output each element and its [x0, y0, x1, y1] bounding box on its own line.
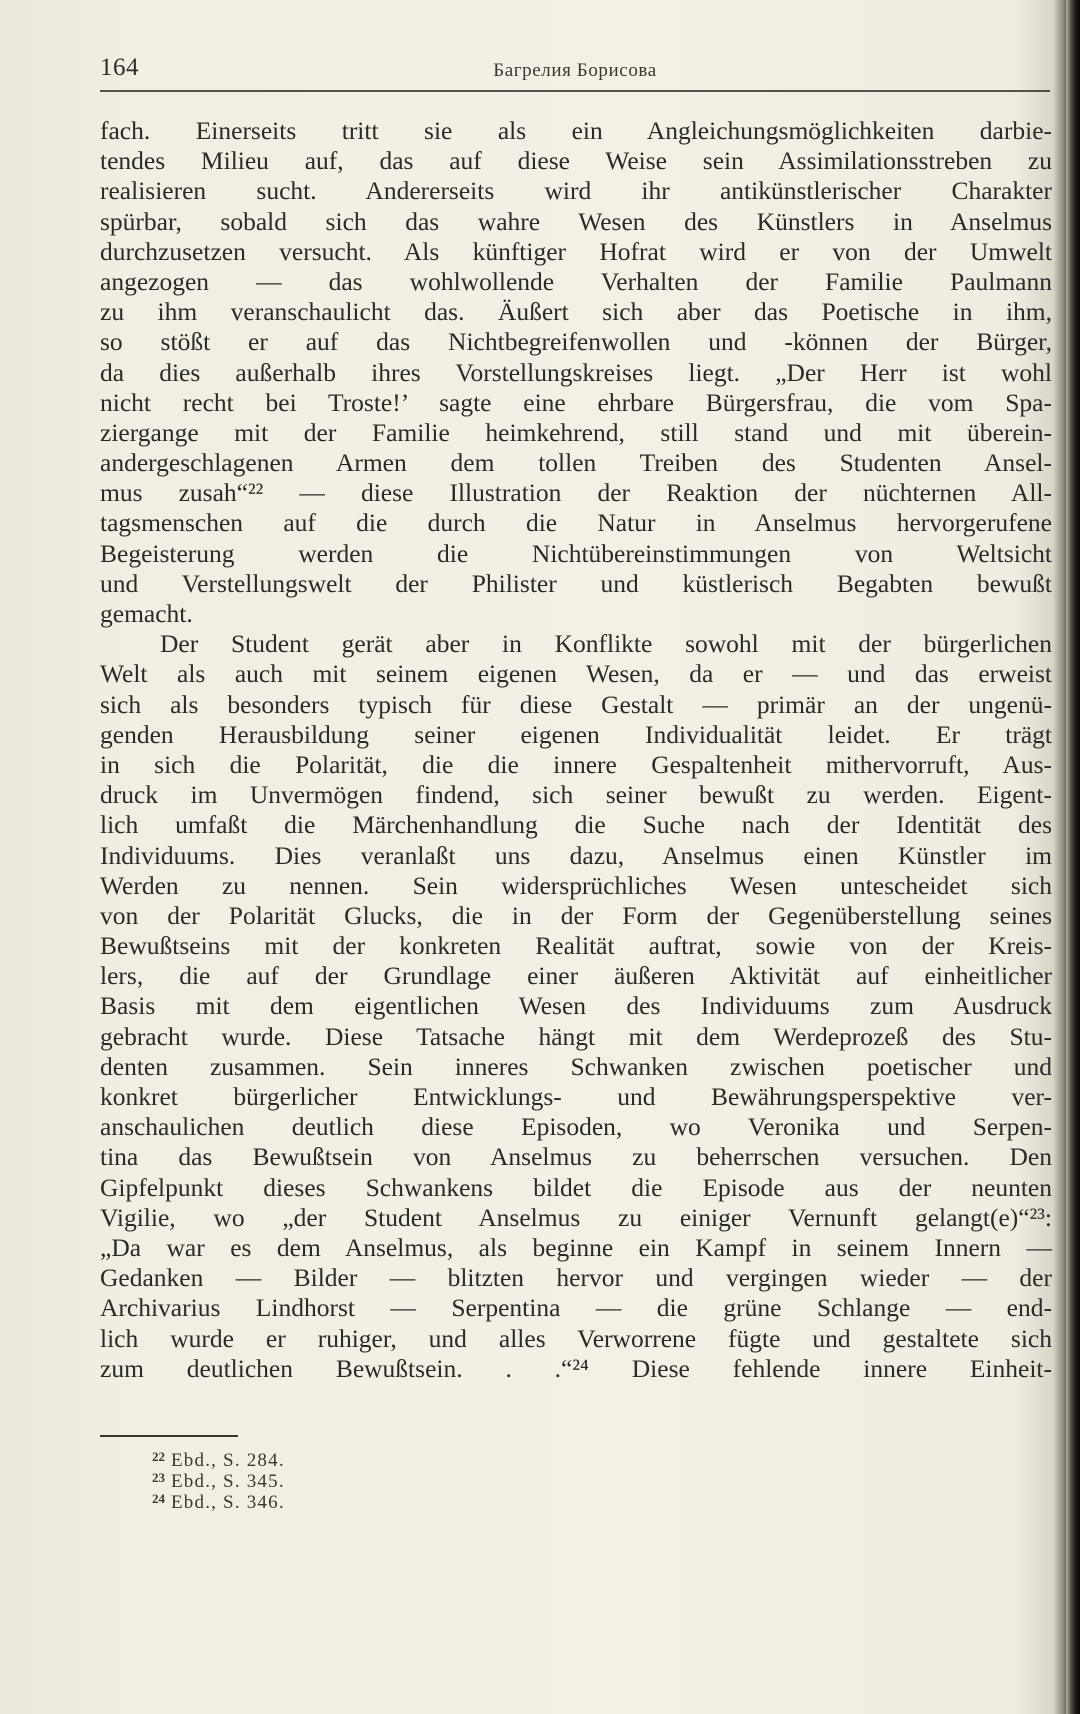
text-line: Individuums. Dies veranlaßt uns dazu, An…: [100, 841, 1052, 871]
footnote-text: Ebd., S. 346.: [171, 1492, 285, 1513]
paragraph-start-line: Der Student gerät aber in Konflikte sowo…: [100, 629, 1052, 659]
footnote-24: 24Ebd., S. 346.: [152, 1488, 285, 1509]
text-line: Werden zu nennen. Sein widersprüchliches…: [100, 871, 1052, 901]
text-line: fach. Einerseits tritt sie als ein Angle…: [100, 116, 1052, 146]
body-text: fach. Einerseits tritt sie als ein Angle…: [100, 116, 1052, 1384]
text-line: realisieren sucht. Andererseits wird ihr…: [100, 176, 1052, 206]
text-line: in sich die Polarität, die die innere Ge…: [100, 750, 1052, 780]
footnote-marker: 23: [152, 1470, 165, 1485]
book-page: 164 Багрелия Борисова fach. Einerseits t…: [0, 0, 1080, 1714]
text-line: und Verstellungswelt der Philister und k…: [100, 569, 1052, 599]
binding-edge: [1066, 0, 1080, 1714]
footnotes: 22Ebd., S. 284. 23Ebd., S. 345. 24Ebd., …: [152, 1446, 285, 1509]
text-line: sich als besonders typisch für diese Ges…: [100, 690, 1052, 720]
running-head: Багрелия Борисова: [100, 60, 1050, 82]
text-line: da dies außerhalb ihres Vorstellungskrei…: [100, 358, 1052, 388]
text-line: Basis mit dem eigentlichen Wesen des Ind…: [100, 991, 1052, 1021]
text-line: nicht recht bei Troste!’ sagte eine ehrb…: [100, 388, 1052, 418]
text-line: Archivarius Lindhorst — Serpentina — die…: [100, 1293, 1052, 1323]
text-line: lich umfaßt die Märchenhandlung die Such…: [100, 810, 1052, 840]
paragraph-end-line: gemacht.: [100, 599, 1052, 629]
text-line: zu ihm veranschaulicht das. Äußert sich …: [100, 297, 1052, 327]
text-line: genden Herausbildung seiner eigenen Indi…: [100, 720, 1052, 750]
text-line: Bewußtseins mit der konkreten Realität a…: [100, 931, 1052, 961]
header-rule: [100, 90, 1050, 92]
text-line: so stößt er auf das Nichtbegreifenwollen…: [100, 327, 1052, 357]
text-line: lers, die auf der Grundlage einer äußere…: [100, 961, 1052, 991]
footnote-marker: 22: [152, 1449, 165, 1464]
text-line: „Da war es dem Anselmus, als beginne ein…: [100, 1233, 1052, 1263]
text-line: tina das Bewußtsein von Anselmus zu behe…: [100, 1142, 1052, 1172]
text-line: andergeschlagenen Armen dem tollen Treib…: [100, 448, 1052, 478]
text-line: spürbar, sobald sich das wahre Wesen des…: [100, 207, 1052, 237]
text-line: Begeisterung werden die Nichtübereinstim…: [100, 539, 1052, 569]
text-line: Gedanken — Bilder — blitzten hervor und …: [100, 1263, 1052, 1293]
footnote-22: 22Ebd., S. 284.: [152, 1446, 285, 1467]
text-line: Welt als auch mit seinem eigenen Wesen, …: [100, 659, 1052, 689]
text-line: gebracht wurde. Diese Tatsache hängt mit…: [100, 1022, 1052, 1052]
text-line: tagsmenschen auf die durch die Natur in …: [100, 508, 1052, 538]
text-line: Gipfelpunkt dieses Schwankens bildet die…: [100, 1173, 1052, 1203]
text-line: zum deutlichen Bewußtsein. . .“²⁴ Diese …: [100, 1354, 1052, 1384]
text-line: lich wurde er ruhiger, und alles Verworr…: [100, 1324, 1052, 1354]
text-line: anschaulichen deutlich diese Episoden, w…: [100, 1112, 1052, 1142]
text-line: Vigilie, wo „der Student Anselmus zu ein…: [100, 1203, 1052, 1233]
text-line: von der Polarität Glucks, die in der For…: [100, 901, 1052, 931]
footnote-rule: [100, 1435, 238, 1437]
text-line: konkret bürgerlicher Entwicklungs- und B…: [100, 1082, 1052, 1112]
text-line: durchzusetzen versucht. Als künftiger Ho…: [100, 237, 1052, 267]
footnote-marker: 24: [152, 1491, 165, 1506]
text-line: ziergange mit der Familie heimkehrend, s…: [100, 418, 1052, 448]
text-line: druck im Unvermögen findend, sich seiner…: [100, 780, 1052, 810]
text-line: mus zusah“²² — diese Illustration der Re…: [100, 478, 1052, 508]
text-line: denten zusammen. Sein inneres Schwanken …: [100, 1052, 1052, 1082]
text-line: tendes Milieu auf, das auf diese Weise s…: [100, 146, 1052, 176]
footnote-23: 23Ebd., S. 345.: [152, 1467, 285, 1488]
page-header: 164 Багрелия Борисова: [100, 50, 1050, 90]
text-line: angezogen — das wohlwollende Verhalten d…: [100, 267, 1052, 297]
